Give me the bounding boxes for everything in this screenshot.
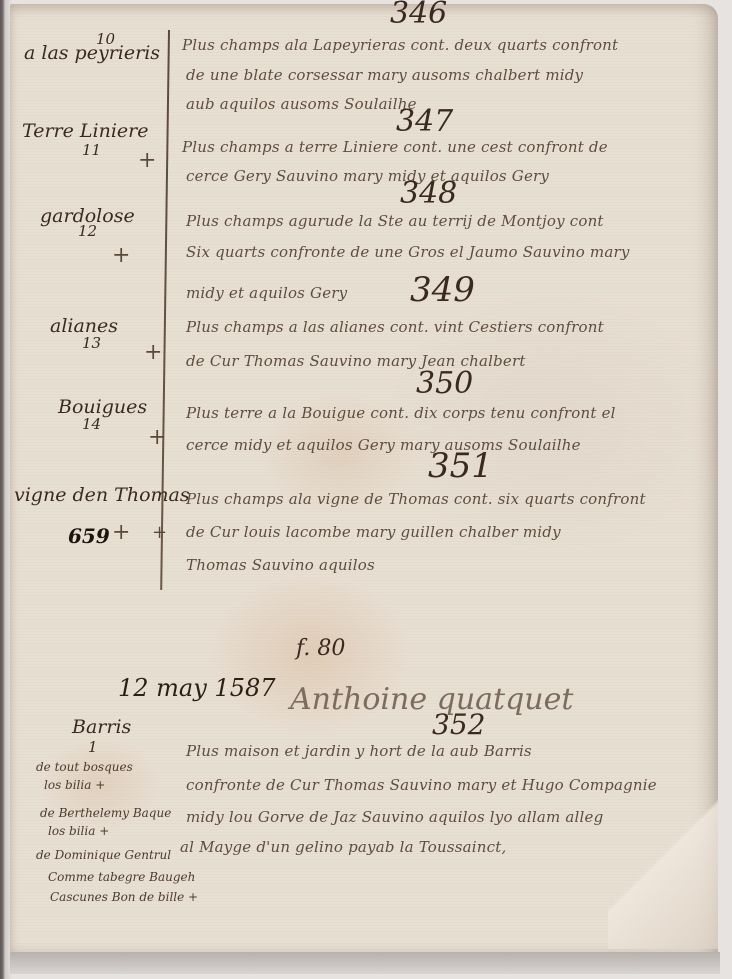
entry-line: de Cur Thomas Sauvino mary Jean chalbert xyxy=(186,352,526,370)
entry-line: Plus terre a la Bouigue cont. dix corps … xyxy=(186,404,616,422)
entry-number: 348 xyxy=(400,176,457,211)
entry-line: Six quarts confronte de une Gros el Jaum… xyxy=(186,243,630,261)
margin-place-name: a las peyrieris xyxy=(24,42,160,64)
margin-number: 13 xyxy=(82,334,101,352)
margin-number: 12 xyxy=(78,222,97,240)
margin-number: 11 xyxy=(82,141,101,159)
margin-list-item: los bilia + xyxy=(48,824,109,838)
cross-mark-icon: + xyxy=(152,522,167,543)
margin-number: 14 xyxy=(82,415,101,433)
cross-mark-icon: + xyxy=(112,243,130,268)
cross-mark-icon: + xyxy=(138,148,156,173)
entry-line: de Cur louis lacombe mary guillen chalbe… xyxy=(186,523,561,541)
entry-line: al Mayge d'un gelino payab la Toussainct… xyxy=(180,838,506,856)
margin-place-name: vigne den Thomas xyxy=(14,484,190,506)
entry-line: Plus champs agurude la Ste au terrij de … xyxy=(186,212,604,230)
cross-mark-icon: + xyxy=(112,520,130,545)
entry-line: confronte de Cur Thomas Sauvino mary et … xyxy=(186,776,657,794)
margin-annotation-number: 659 xyxy=(68,524,110,548)
entry-line: aub aquilos ausoms Soulailhe xyxy=(186,95,417,113)
folio-mark: f. 80 xyxy=(296,636,345,661)
cross-mark-icon: + xyxy=(144,340,162,365)
entry-line: de une blate corsessar mary ausoms chalb… xyxy=(186,66,583,84)
margin-list-item: los bilia + xyxy=(44,778,105,792)
entry-line: Plus champs ala vigne de Thomas cont. si… xyxy=(186,490,646,508)
margin-list-item: Cascunes Bon de bille + xyxy=(50,890,198,904)
entry-number: 346 xyxy=(390,0,447,31)
entry-line: Plus champs ala Lapeyrieras cont. deux q… xyxy=(182,36,618,54)
entry-line: Plus maison et jardin y hort de la aub B… xyxy=(186,742,532,760)
page-bottom-edge xyxy=(10,952,720,974)
entry-line: Thomas Sauvino aquilos xyxy=(186,556,375,574)
entry-number: 349 xyxy=(410,270,475,310)
entry-number: 351 xyxy=(428,446,493,486)
entry-line: midy lou Gorve de Jaz Sauvino aquilos ly… xyxy=(186,808,603,826)
entry-number: 347 xyxy=(396,104,453,139)
margin-place-name: Bouigues xyxy=(58,396,147,418)
margin-list-item: Comme tabegre Baugeh xyxy=(48,870,195,884)
entry-number: 350 xyxy=(416,366,473,401)
margin-place-name: Terre Liniere xyxy=(22,120,148,142)
entry-line: midy et aquilos Gery xyxy=(186,284,347,302)
cross-mark-icon: + xyxy=(148,425,166,450)
entry-line: cerce midy et aquilos Gery mary ausoms S… xyxy=(186,436,581,454)
entry-line: Plus champs a las alianes cont. vint Ces… xyxy=(186,318,604,336)
margin-list-item: de Berthelemy Baque xyxy=(40,806,171,820)
entry-line: cerce Gery Sauvino mary midy et aquilos … xyxy=(186,167,549,185)
margin-place-name: Barris xyxy=(72,716,131,738)
entry-number: 352 xyxy=(432,708,485,741)
margin-list-item: de tout bosques xyxy=(36,760,133,774)
margin-number: 1 xyxy=(88,738,98,756)
margin-list-item: de Dominique Gentrul xyxy=(36,848,171,862)
document-date: 12 may 1587 xyxy=(118,674,276,702)
entry-line: Plus champs a terre Liniere cont. une ce… xyxy=(182,138,608,156)
